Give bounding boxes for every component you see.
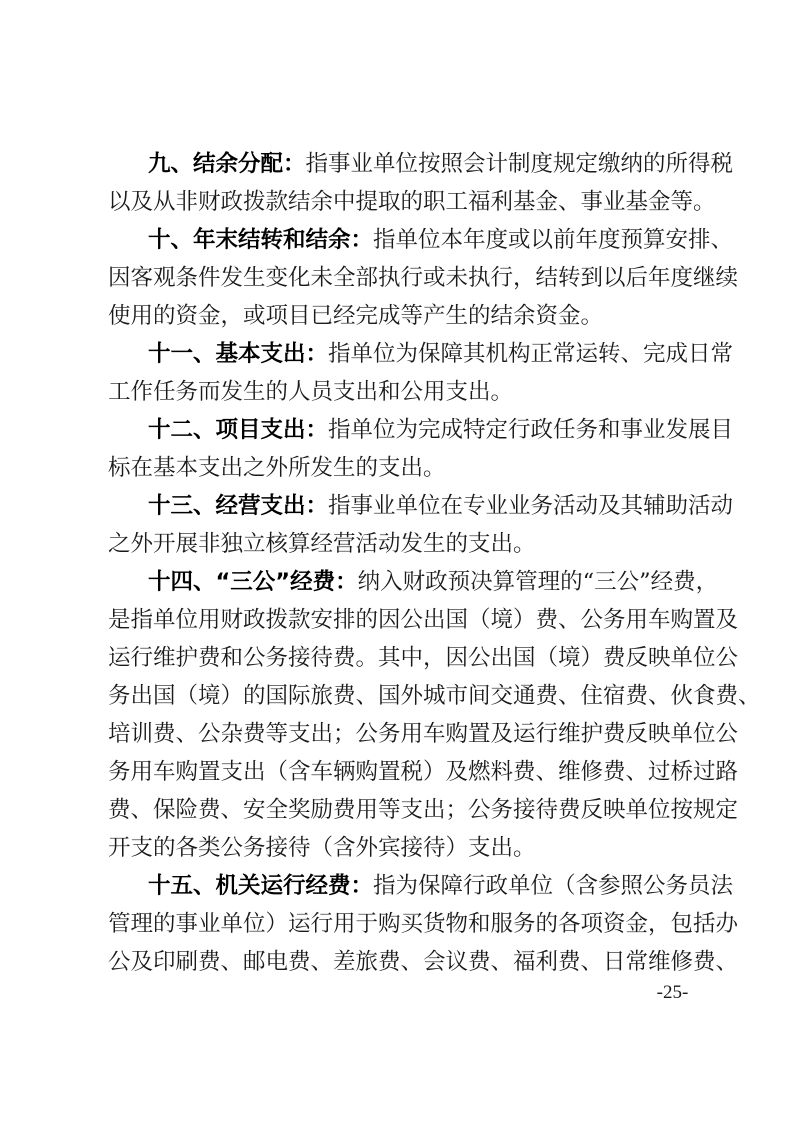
paragraph-line: 因客观条件发生变化未全部执行或未执行，结转到以后年度继续 (108, 259, 690, 297)
term-heading: 十五、机关运行经费： (148, 873, 373, 899)
page-number: -25- (650, 982, 695, 1004)
paragraph-line: 十二、项目支出：指单位为完成特定行政任务和事业发展目 (108, 411, 690, 449)
definition-text: 指事业单位按照会计制度规定缴纳的所得税 (306, 151, 734, 177)
paragraph-year-end-carryover: 十、年末结转和结余：指单位本年度或以前年度预算安排、 因客观条件发生变化未全部执… (108, 221, 690, 335)
paragraph-line: 务出国（境）的国际旅费、国外城市间交通费、住宿费、伙食费、 (108, 677, 690, 715)
paragraph-line: 以及从非财政拨款结余中提取的职工福利基金、事业基金等。 (108, 183, 690, 221)
document-body: 九、结余分配：指事业单位按照会计制度规定缴纳的所得税 以及从非财政拨款结余中提取… (108, 145, 690, 981)
definition-text: 纳入财政预决算管理的“三公”经费， (358, 569, 719, 595)
paragraph-line: 费、保险费、安全奖励费用等支出；公务接待费反映单位按规定 (108, 791, 690, 829)
paragraph-line: 管理的事业单位）运行用于购买货物和服务的各项资金，包括办 (108, 905, 690, 943)
document-page: 九、结余分配：指事业单位按照会计制度规定缴纳的所得税 以及从非财政拨款结余中提取… (0, 0, 793, 1122)
paragraph-line: 九、结余分配：指事业单位按照会计制度规定缴纳的所得税 (108, 145, 690, 183)
paragraph-basic-expenditure: 十一、基本支出：指单位为保障其机构正常运转、完成日常 工作任务而发生的人员支出和… (108, 335, 690, 411)
paragraph-line: 开支的各类公务接待（含外宾接待）支出。 (108, 829, 690, 867)
definition-text: 指单位为完成特定行政任务和事业发展目 (328, 417, 733, 443)
paragraph-project-expenditure: 十二、项目支出：指单位为完成特定行政任务和事业发展目 标在基本支出之外所发生的支… (108, 411, 690, 487)
paragraph-agency-operating-costs: 十五、机关运行经费：指为保障行政单位（含参照公务员法 管理的事业单位）运行用于购… (108, 867, 690, 981)
term-heading: 九、结余分配： (148, 151, 306, 177)
paragraph-line: 务用车购置支出（含车辆购置税）及燃料费、维修费、过桥过路 (108, 753, 690, 791)
paragraph-line: 公及印刷费、邮电费、差旅费、会议费、福利费、日常维修费、 (108, 943, 690, 981)
paragraph-line: 十四、“三公”经费：纳入财政预决算管理的“三公”经费， (108, 563, 690, 601)
paragraph-line: 十一、基本支出：指单位为保障其机构正常运转、完成日常 (108, 335, 690, 373)
paragraph-line: 标在基本支出之外所发生的支出。 (108, 449, 690, 487)
paragraph-line: 十、年末结转和结余：指单位本年度或以前年度预算安排、 (108, 221, 690, 259)
paragraph-three-public-expenses: 十四、“三公”经费：纳入财政预决算管理的“三公”经费， 是指单位用财政拨款安排的… (108, 563, 690, 867)
definition-text: 指单位本年度或以前年度预算安排、 (373, 227, 733, 253)
paragraph-line: 培训费、公杂费等支出；公务用车购置及运行维护费反映单位公 (108, 715, 690, 753)
term-heading: 十三、经营支出： (148, 493, 328, 519)
paragraph-line: 运行维护费和公务接待费。其中，因公出国（境）费反映单位公 (108, 639, 690, 677)
paragraph-line: 之外开展非独立核算经营活动发生的支出。 (108, 525, 690, 563)
paragraph-line: 使用的资金，或项目已经完成等产生的结余资金。 (108, 297, 690, 335)
paragraph-surplus-distribution: 九、结余分配：指事业单位按照会计制度规定缴纳的所得税 以及从非财政拨款结余中提取… (108, 145, 690, 221)
paragraph-line: 十五、机关运行经费：指为保障行政单位（含参照公务员法 (108, 867, 690, 905)
paragraph-line: 是指单位用财政拨款安排的因公出国（境）费、公务用车购置及 (108, 601, 690, 639)
term-heading: 十、年末结转和结余： (148, 227, 373, 253)
paragraph-line: 工作任务而发生的人员支出和公用支出。 (108, 373, 690, 411)
paragraph-operating-expenditure: 十三、经营支出：指事业单位在专业业务活动及其辅助活动 之外开展非独立核算经营活动… (108, 487, 690, 563)
definition-text: 指单位为保障其机构正常运转、完成日常 (328, 341, 733, 367)
term-heading: 十二、项目支出： (148, 417, 328, 443)
term-heading: 十一、基本支出： (148, 341, 328, 367)
paragraph-line: 十三、经营支出：指事业单位在专业业务活动及其辅助活动 (108, 487, 690, 525)
term-heading: 十四、“三公”经费： (148, 569, 358, 595)
definition-text: 指事业单位在专业业务活动及其辅助活动 (328, 493, 733, 519)
definition-text: 指为保障行政单位（含参照公务员法 (373, 873, 733, 899)
